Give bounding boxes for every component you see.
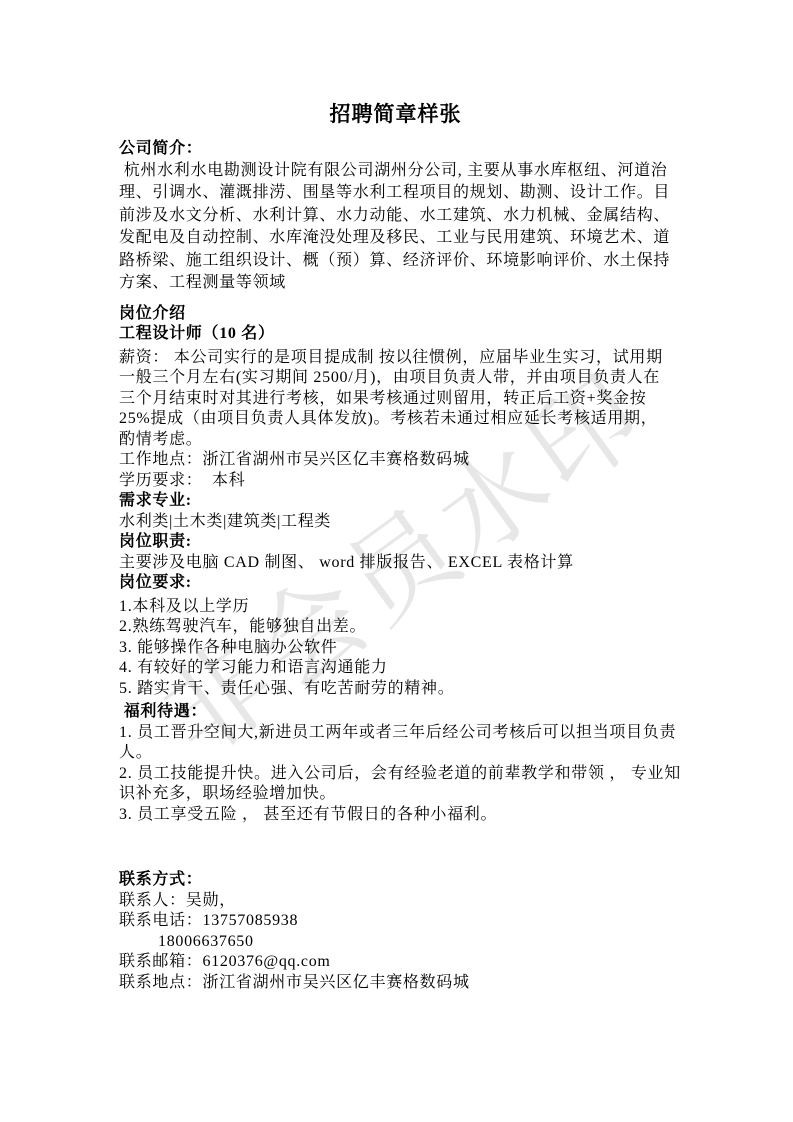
contact-phone: 联系电话：13757085938 — [119, 911, 672, 932]
requirement-item: 4. 有较好的学习能力和语言沟通能力 — [119, 658, 672, 679]
education-requirement: 学历要求： 本科 — [119, 471, 672, 492]
contact-person: 联系人：吴勋， — [119, 891, 672, 912]
majors-list: 水利类|土木类|建筑类|工程类 — [119, 512, 672, 533]
requirement-item: 1.本科及以上学历 — [119, 597, 672, 618]
requirement-item: 2.熟练驾驶汽车，能够独自出差。 — [119, 617, 672, 638]
benefit-item: 3. 员工享受五险 ， 甚至还有节假日的各种小福利。 — [119, 805, 695, 826]
company-intro-text: 杭州水利水电勘测设计院有限公司湖州分公司, 主要从事水库枢纽、河道治理、引调水、… — [119, 160, 672, 295]
requirements-heading: 岗位要求: — [119, 573, 672, 594]
document-page: 非会员水印 招聘简章样张 公司简介： 杭州水利水电勘测设计院有限公司湖州分公司,… — [0, 0, 793, 1122]
benefit-item: 2. 员工技能提升快。进入公司后，会有经验老道的前辈教学和带领 ， 专业知识补充… — [119, 764, 695, 805]
benefit-item: 1. 员工晋升空间大,新进员工两年或者三年后经公司考核后可以担当项目负责人。 — [119, 723, 695, 764]
job-title: 工程设计师（10 名） — [119, 324, 672, 345]
position-section-heading: 岗位介绍 — [119, 304, 672, 325]
duties-heading: 岗位职责: — [119, 532, 672, 553]
contact-email: 联系邮箱：6120376@qq.com — [119, 952, 672, 973]
benefits-heading: 福利待遇： — [119, 702, 672, 723]
requirement-item: 5. 踏实肯干、责任心强、有吃苦耐劳的精神。 — [119, 679, 672, 700]
requirement-item: 3. 能够操作各种电脑办公软件 — [119, 638, 672, 659]
document-content: 招聘简章样张 公司简介： 杭州水利水电勘测设计院有限公司湖州分公司, 主要从事水… — [119, 0, 672, 993]
contact-heading: 联系方式： — [119, 870, 672, 891]
contact-phone-secondary: 18006637650 — [119, 932, 672, 953]
page-title: 招聘简章样张 — [119, 99, 672, 129]
duties-text: 主要涉及电脑 CAD 制图、 word 排版报告、 EXCEL 表格计算 — [119, 553, 672, 574]
work-location: 工作地点：浙江省湖州市吴兴区亿丰赛格数码城 — [119, 450, 672, 471]
company-intro-heading: 公司简介： — [119, 139, 672, 160]
contact-address: 联系地点：浙江省湖州市吴兴区亿丰赛格数码城 — [119, 973, 672, 994]
salary-text: 薪资： 本公司实行的是项目提成制 按以往惯例，应届毕业生实习，试用期一般三个月左… — [119, 348, 672, 451]
majors-heading: 需求专业: — [119, 491, 672, 512]
